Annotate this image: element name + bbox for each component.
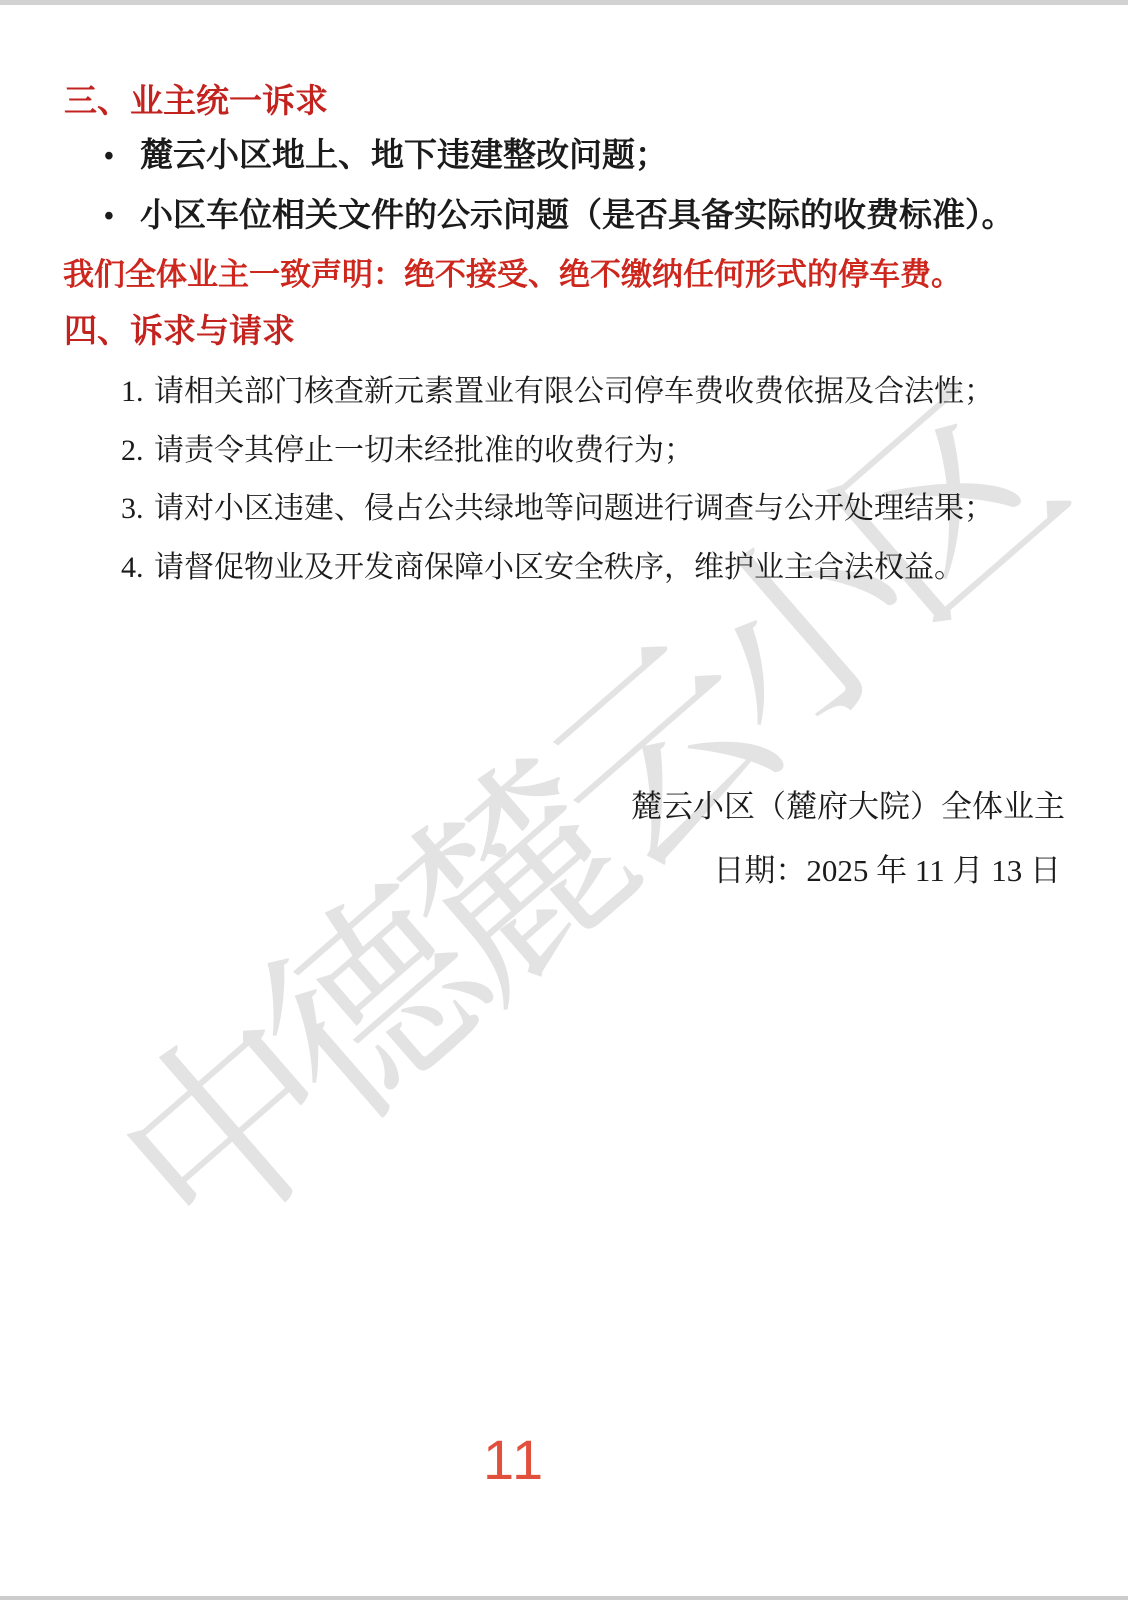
- date-line: 日期：2025 年 11 月 13 日: [631, 853, 1061, 889]
- page-number: 11: [483, 1432, 545, 1488]
- owners-declaration-statement: 我们全体业主一致声明：绝不接受、绝不缴纳任何形式的停车费。: [63, 257, 962, 293]
- item-text: 请责令其停止一切未经批准的收费行为；: [154, 434, 694, 469]
- bullet-item: • 小区车位相关文件的公示问题（是否具备实际的收费标准）。: [104, 198, 1015, 236]
- item-number: 3.: [121, 492, 154, 527]
- signature-line: 麓云小区（麓府大院）全体业主: [631, 789, 1065, 825]
- item-text: 请督促物业及开发商保障小区安全秩序，维护业主合法权益。: [154, 551, 964, 586]
- numbered-item: 4. 请督促物业及开发商保障小区安全秩序，维护业主合法权益。: [121, 551, 964, 586]
- page-bottom-edge: [0, 1596, 1128, 1600]
- item-text: 请相关部门核查新元素置业有限公司停车费收费依据及合法性；: [154, 375, 994, 410]
- bullet-item-text: 小区车位相关文件的公示问题（是否具备实际的收费标准）。: [140, 198, 1015, 236]
- numbered-item: 3. 请对小区违建、侵占公共绿地等问题进行调查与公开处理结果；: [121, 492, 994, 527]
- signature-block: 麓云小区（麓府大院）全体业主 日期：2025 年 11 月 13 日: [631, 789, 1065, 888]
- section-4-heading: 四、诉求与请求: [64, 314, 295, 350]
- section-3-heading: 三、业主统一诉求: [64, 84, 328, 120]
- item-number: 2.: [121, 434, 154, 469]
- numbered-item: 1. 请相关部门核查新元素置业有限公司停车费收费依据及合法性；: [121, 375, 994, 410]
- numbered-item: 2. 请责令其停止一切未经批准的收费行为；: [121, 434, 694, 469]
- item-number: 4.: [121, 551, 154, 586]
- item-text: 请对小区违建、侵占公共绿地等问题进行调查与公开处理结果；: [154, 492, 994, 527]
- document-page: 中德麓云小区 三、业主统一诉求 • 麓云小区地上、地下违建整改问题； • 小区车…: [0, 0, 1128, 1600]
- bullet-item: • 麓云小区地上、地下违建整改问题；: [104, 138, 668, 176]
- bullet-dot-icon: •: [104, 198, 140, 233]
- item-number: 1.: [121, 375, 154, 410]
- page-top-edge: [0, 0, 1128, 5]
- bullet-dot-icon: •: [104, 138, 140, 173]
- bullet-item-text: 麓云小区地上、地下违建整改问题；: [140, 138, 668, 176]
